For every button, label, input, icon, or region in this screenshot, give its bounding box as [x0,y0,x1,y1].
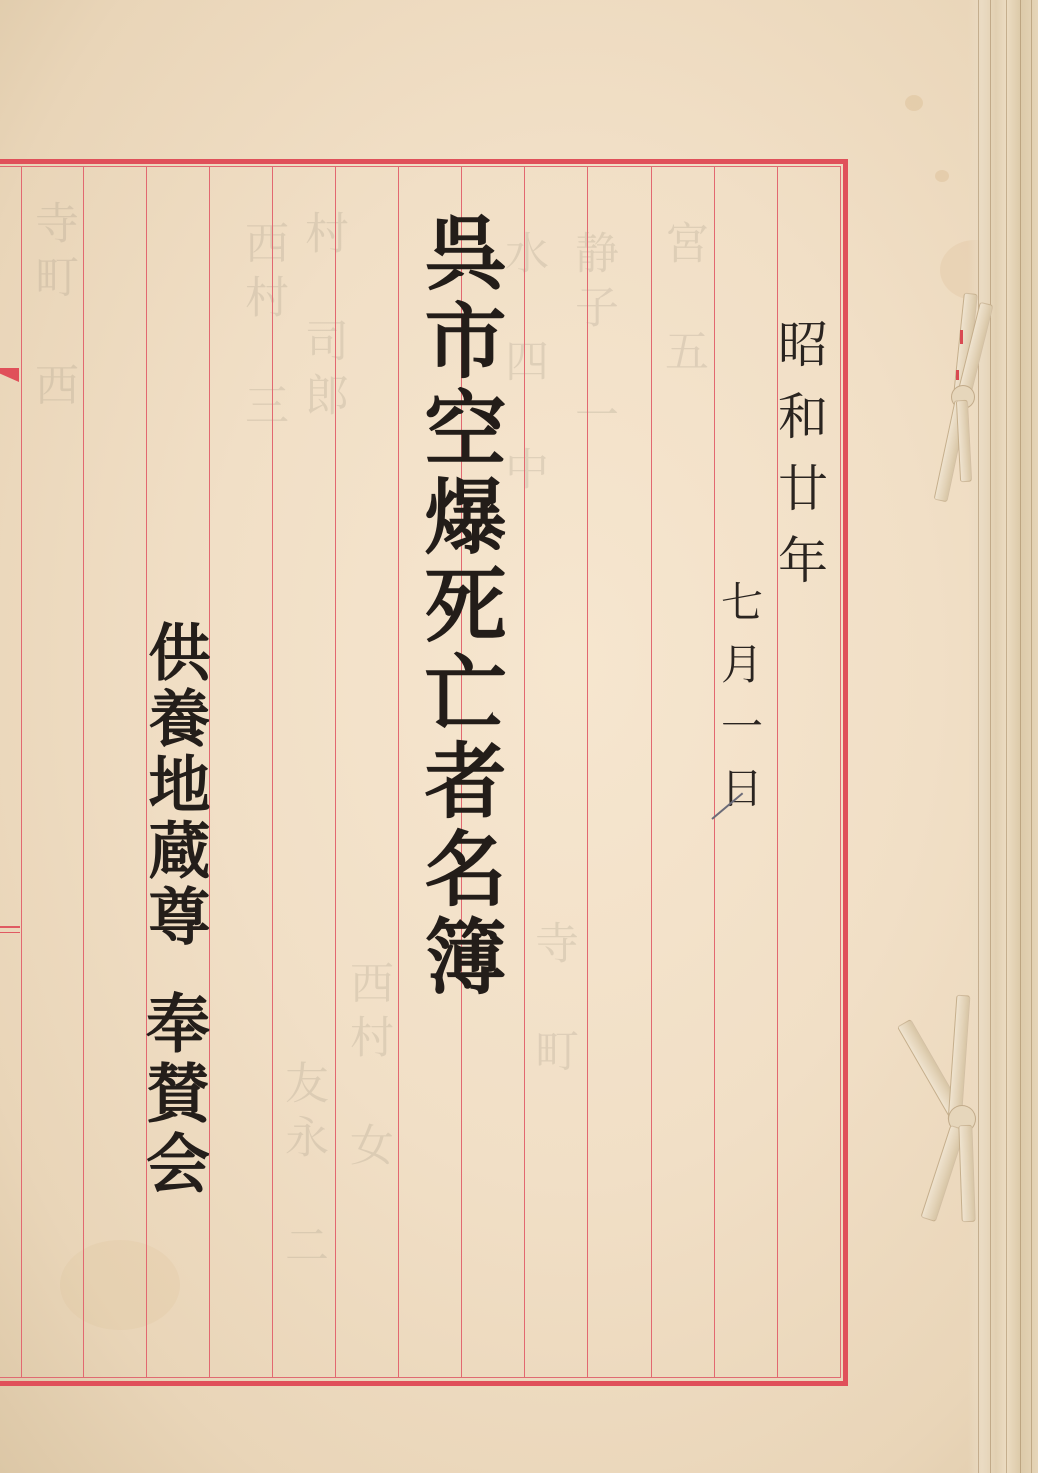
column-rule [524,167,525,1377]
tie-red-print [960,330,963,344]
paper-stain [905,95,923,111]
column-rule [272,167,273,1377]
side-rule-mark [0,926,20,928]
column-rule [587,167,588,1377]
document-title: 呉市空爆死亡者名簿 [418,210,500,1002]
side-rule-mark [0,932,20,933]
date-year: 昭和廿年 [774,318,824,606]
edge-line [1006,0,1007,1473]
edge-line [1031,0,1032,1473]
document-page: 寺町 西 西村 三 村 司郎 水 四 中 静子 一 宮 五 西村 女 寺 町 友… [0,0,1038,1473]
tie-red-print [956,370,959,380]
date-month-day: 七月一日 [718,580,760,828]
tie-strand [948,995,971,1123]
column-rule [21,167,22,1377]
page-edges [968,0,1038,1473]
edge-line [990,0,991,1473]
column-rule [335,167,336,1377]
edge-line [978,0,979,1473]
issuer-name: 供養地蔵尊 [143,620,205,950]
issuer-suffix: 奉賛会 [140,990,204,1200]
edge-line [1020,0,1021,1473]
column-rule [83,167,84,1377]
paper-stain [935,170,949,182]
column-rule [398,167,399,1377]
column-rule [651,167,652,1377]
